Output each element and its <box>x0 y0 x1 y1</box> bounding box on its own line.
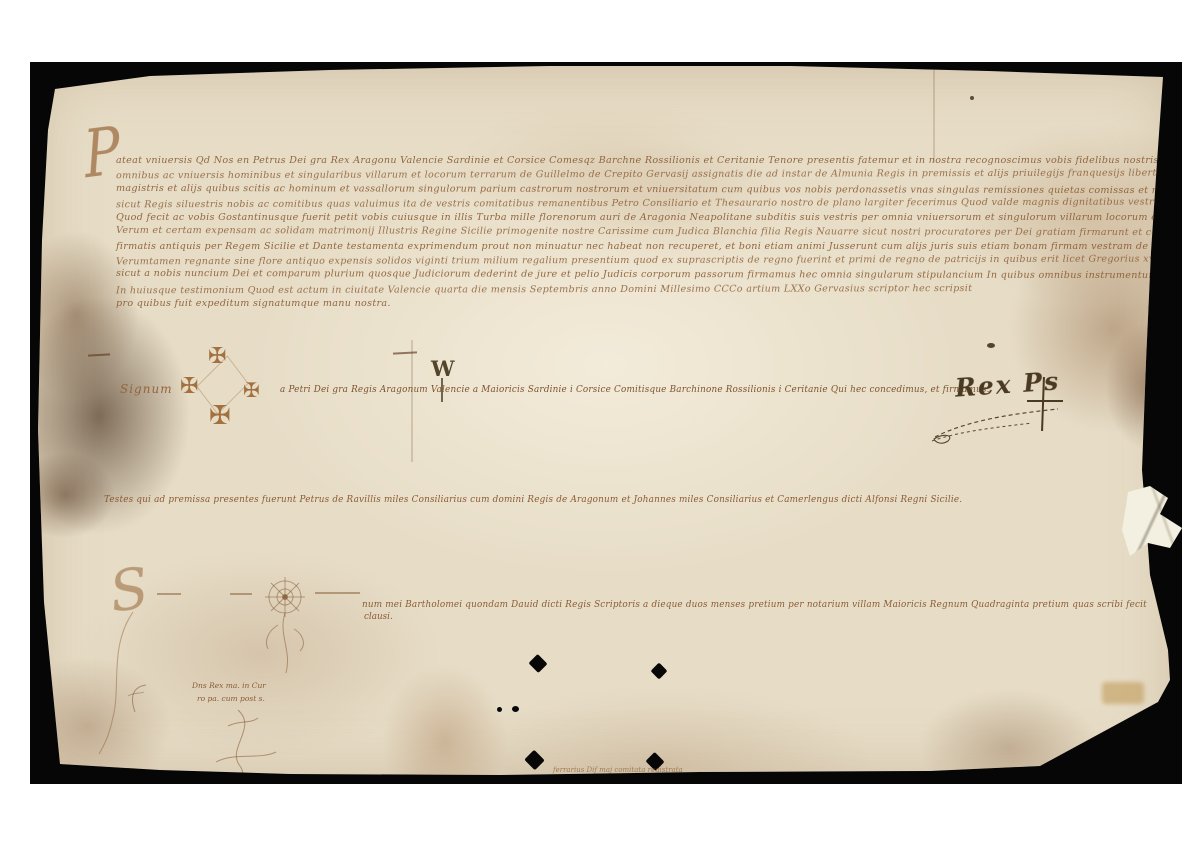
manuscript-line: sicut Regis siluestris nobis ac comitibu… <box>116 197 1131 214</box>
signum-line-text: a Petri Dei gra Regis Aragonum Valencie … <box>280 385 990 395</box>
seal-slit <box>651 663 668 680</box>
parchment: P ateat vniuersis Qd Nos en Petrus Dei g… <box>30 62 1182 784</box>
royal-signature: Rex Ps <box>954 366 1061 402</box>
pin-hole <box>512 706 519 712</box>
witness-line: Testes qui ad premissa presentes fuerunt… <box>104 495 962 505</box>
manuscript-line: pro quibus fuit expeditum signatumque ma… <box>116 298 1131 312</box>
signature-paraph-cross <box>1027 400 1063 402</box>
fold-crease <box>411 340 413 462</box>
scanned-charter-page: P ateat vniuersis Qd Nos en Petrus Dei g… <box>0 0 1200 848</box>
ruled-line <box>157 593 181 595</box>
signature-flourish-icon <box>930 403 1075 443</box>
ruled-line <box>315 592 360 594</box>
archive-stamp <box>1102 682 1144 704</box>
note-flourish-icon <box>206 706 286 806</box>
cross-doodle-icon: ✠ <box>180 376 198 398</box>
signum-label: Signum <box>120 382 173 396</box>
notary-clausi: clausi. <box>364 612 393 622</box>
photo-background: P ateat vniuersis Qd Nos en Petrus Dei g… <box>30 62 1182 784</box>
seal-slit <box>528 654 547 673</box>
crease-dash <box>88 353 110 356</box>
marginal-note-line: Dns Rex ma. in Cur <box>192 681 266 690</box>
pin-hole <box>497 707 502 712</box>
marginal-note-line: ro pa. cum post s. <box>197 694 265 703</box>
rosette-doodle-icon <box>250 565 320 680</box>
ink-spot <box>970 96 974 100</box>
seal-slit <box>524 750 545 771</box>
manuscript-line: Verum et certam expensam ac solidam matr… <box>116 225 1131 241</box>
edge-notch <box>86 62 103 75</box>
fold-crease <box>933 66 935 162</box>
notary-line: num mei Bartholomei quondam Dauid dicti … <box>362 600 1147 610</box>
crease-dash <box>393 351 417 354</box>
manuscript-line: In huiusque testimonium Quod est actum i… <box>116 282 1131 299</box>
manuscript-line: firmatis antiquis per Regem Sicilie et D… <box>116 241 1131 255</box>
paper-fragment <box>1120 484 1186 560</box>
sketch-lozenge-doodle <box>196 355 248 414</box>
ink-spot <box>987 343 995 348</box>
main-text-block: ateat vniuersis Qd Nos en Petrus Dei gra… <box>116 155 1131 312</box>
ruled-line <box>230 593 252 595</box>
w-mark: W <box>431 356 455 381</box>
note-bracket-icon <box>126 682 148 716</box>
bottom-note-line: ferrarius Dif maj comitata registrata <box>553 766 683 774</box>
